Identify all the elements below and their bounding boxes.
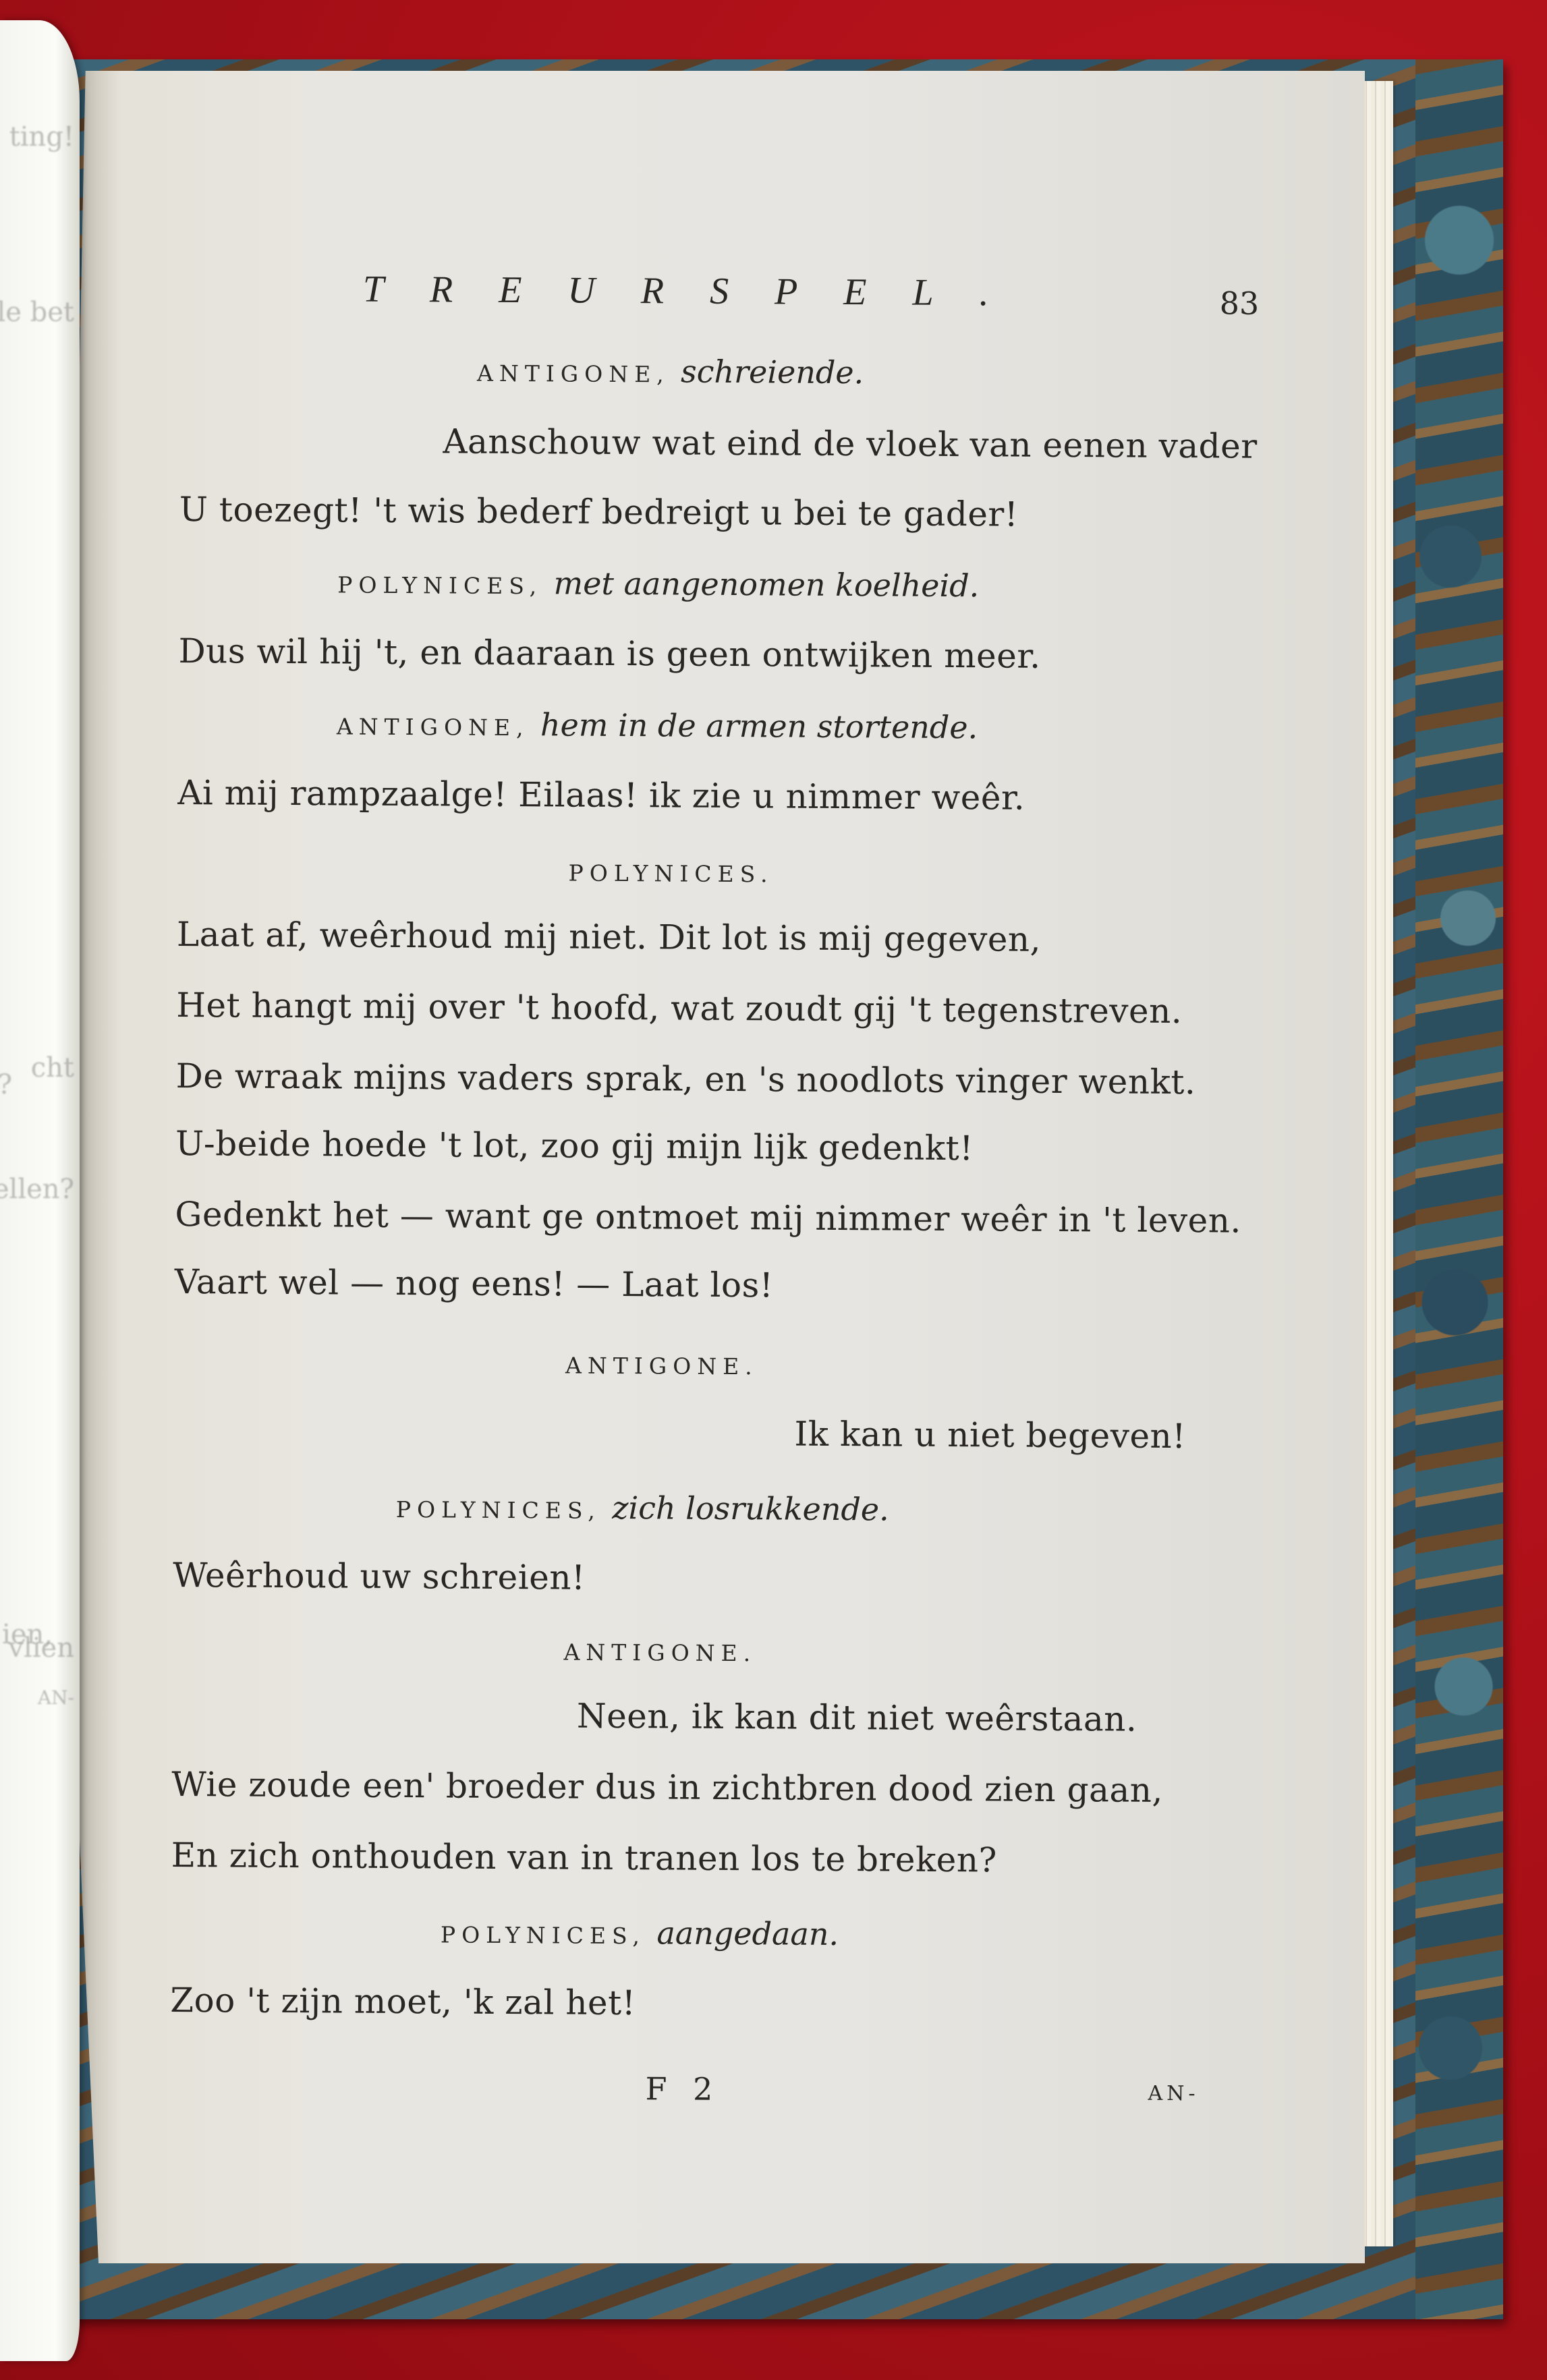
stage-direction: met aangenomen koelheid. bbox=[553, 565, 979, 604]
verse-line: Het hangt mij over 't hoofd, wat zoudt g… bbox=[176, 988, 1182, 1028]
speaker-heading: ANTIGONE, hem in de armen stortende. bbox=[337, 706, 978, 743]
speaker-name: POLYNICES. bbox=[568, 860, 773, 888]
running-head: TREURSPEL. bbox=[363, 268, 1035, 315]
left-page-fragment: le bet bbox=[0, 297, 74, 328]
speaker-name: ANTIGONE. bbox=[565, 1353, 758, 1380]
speaker-name: POLYNICES, bbox=[337, 571, 542, 599]
left-page-fragment: ellen? bbox=[0, 1174, 74, 1205]
speaker-name: ANTIGONE, bbox=[477, 360, 670, 388]
speaker-heading: POLYNICES, met aangenomen koelheid. bbox=[337, 564, 979, 602]
page-number: 83 bbox=[1220, 285, 1260, 321]
left-page-fragment: ting! bbox=[9, 121, 74, 152]
verse-line: Weêrhoud uw schreien! bbox=[173, 1558, 586, 1595]
verse-line: Vaart wel — nog eens! — Laat los! bbox=[175, 1265, 774, 1302]
verse-line: Dus wil hij 't, en daaraan is geen ontwi… bbox=[178, 634, 1040, 673]
verse-line: Ik kan u niet begeven! bbox=[794, 1417, 1186, 1454]
page-text-block: TREURSPEL. 83 ANTIGONE, schreiende. Aans… bbox=[181, 273, 1247, 280]
left-page-fragment: cht bbox=[31, 1052, 74, 1083]
verse-line: En zich onthouden van in tranen los te b… bbox=[171, 1838, 997, 1877]
verse-line: Wie zoude een' broeder dus in zichtbren … bbox=[171, 1767, 1163, 1807]
verse-line: Aanschouw wat eind de vloek van eenen va… bbox=[443, 424, 1257, 463]
verse-line: Zoo 't zijn moet, 'k zal het! bbox=[170, 1983, 636, 2020]
left-page-fragment: ? bbox=[0, 1069, 12, 1100]
left-facing-page: ting! le bet cht ? ellen? ien, vlien AN- bbox=[0, 20, 80, 2361]
verse-line: Ai mij rampzaalge! Eilaas! ik zie u nimm… bbox=[177, 776, 1025, 815]
stage-direction: schreiende. bbox=[681, 353, 864, 391]
verse-line: Gedenkt het — want ge ontmoet mij nimmer… bbox=[175, 1197, 1241, 1238]
verse-line: U-beide hoede 't lot, zoo gij mijn lijk … bbox=[175, 1127, 974, 1165]
marbled-board-edge bbox=[1415, 59, 1503, 2319]
stage-direction: hem in de armen stortende. bbox=[540, 706, 978, 745]
left-page-fragment: vlien bbox=[8, 1633, 74, 1664]
verse-line: De wraak mijns vaders sprak, en 's noodl… bbox=[176, 1059, 1196, 1099]
catchword: AN- bbox=[1148, 2082, 1199, 2105]
speaker-heading: ANTIGONE, schreiende. bbox=[477, 353, 864, 389]
speaker-name: ANTIGONE, bbox=[337, 713, 530, 741]
speaker-heading: ANTIGONE. bbox=[565, 1345, 758, 1380]
verse-line: Laat af, weêrhoud mij niet. Dit lot is m… bbox=[177, 917, 1041, 957]
speaker-name: POLYNICES, bbox=[396, 1496, 601, 1524]
speaker-heading: POLYNICES, aangedaan. bbox=[441, 1914, 839, 1950]
book-page: TREURSPEL. 83 ANTIGONE, schreiende. Aans… bbox=[59, 71, 1365, 2263]
speaker-heading: POLYNICES. bbox=[568, 853, 773, 888]
speaker-name: POLYNICES, bbox=[441, 1921, 646, 1949]
speaker-name: ANTIGONE. bbox=[563, 1639, 756, 1667]
stage-direction: zich losrukkende. bbox=[612, 1490, 889, 1528]
speaker-heading: ANTIGONE. bbox=[563, 1632, 756, 1667]
speaker-heading: POLYNICES, zich losrukkende. bbox=[396, 1489, 889, 1525]
verse-line: U toezegt! 't wis bederf bedreigt u bei … bbox=[179, 492, 1019, 532]
left-page-fragment: AN- bbox=[38, 1687, 74, 1709]
signature-mark: F 2 bbox=[645, 2070, 721, 2107]
stage-direction: aangedaan. bbox=[656, 1915, 839, 1952]
verse-line: Neen, ik kan dit niet weêrstaan. bbox=[577, 1699, 1137, 1736]
